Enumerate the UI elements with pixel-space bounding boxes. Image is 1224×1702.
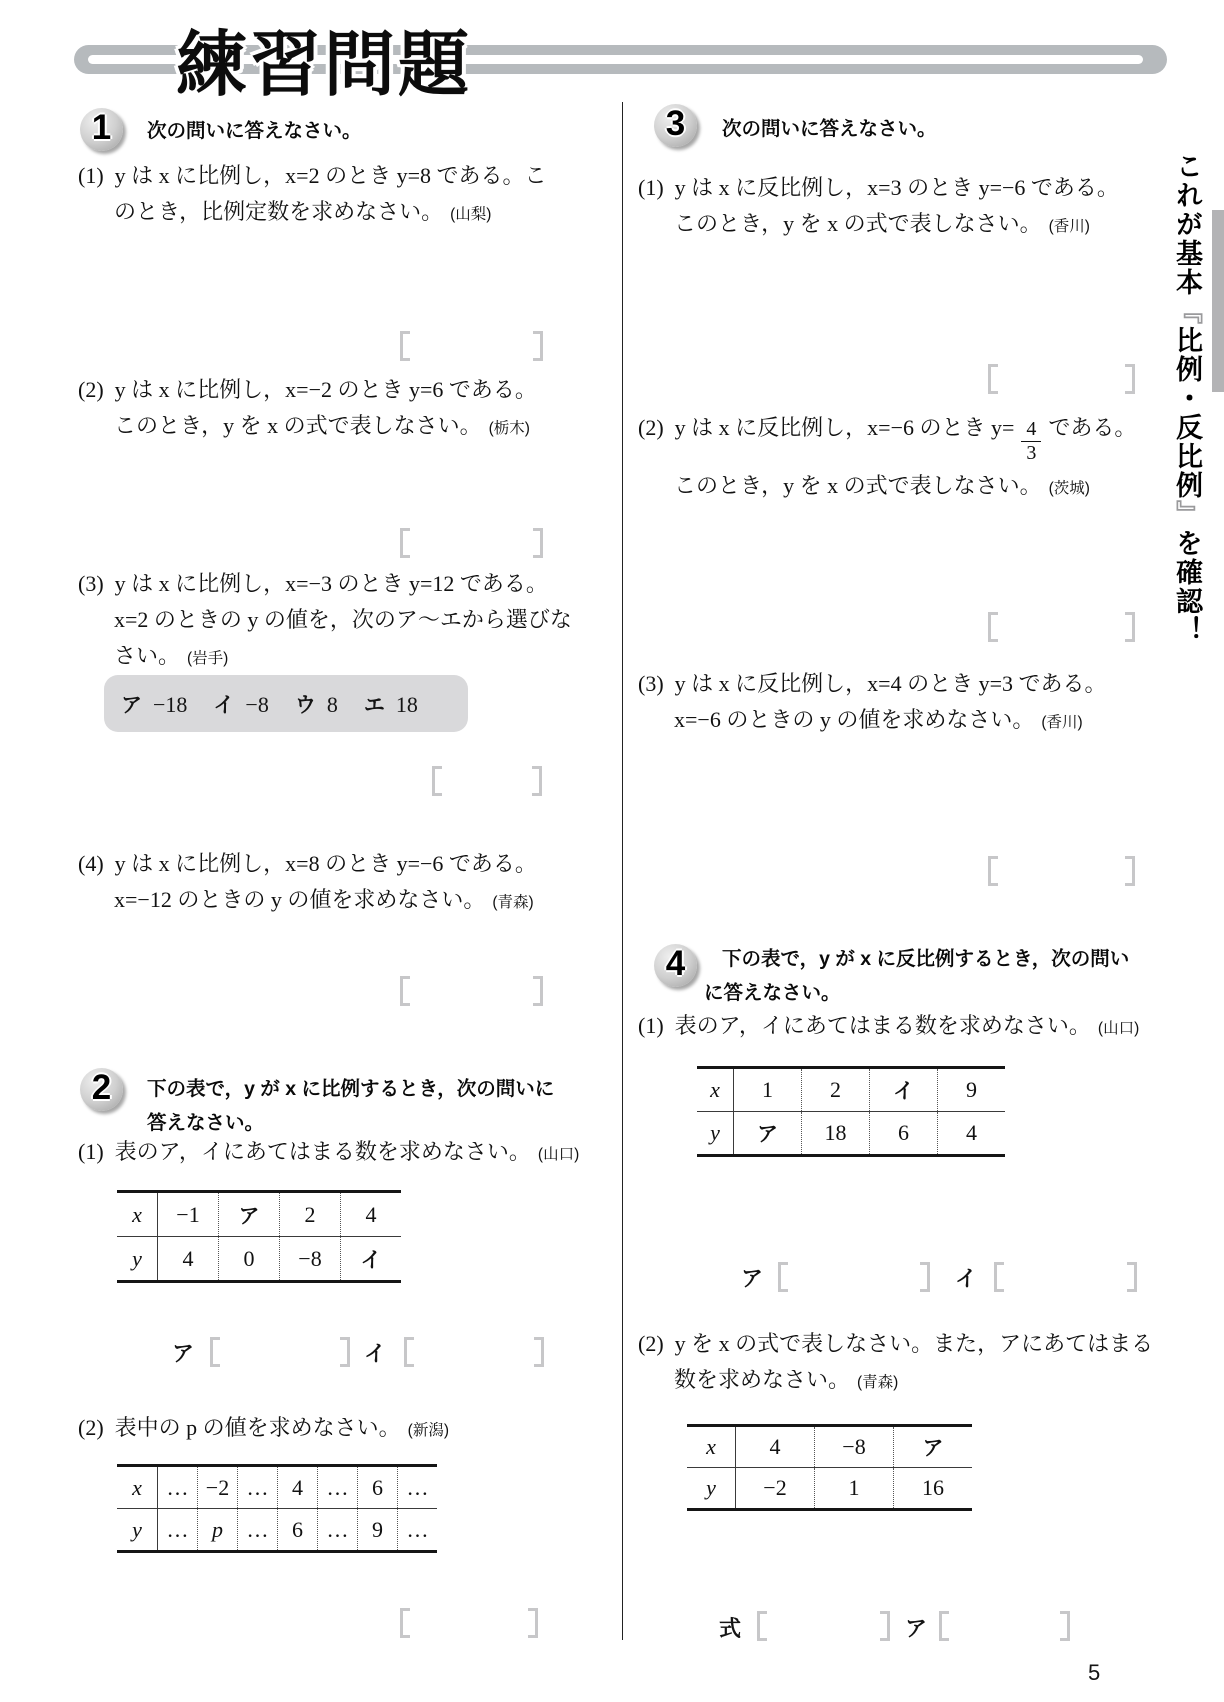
question-text: y は x に反比例し，x=4 のとき y=3 である。 <box>675 671 1107 696</box>
bracket-open <box>757 1611 767 1641</box>
question-text: x=2 のときの y の値を，次のア〜エから選びな <box>114 607 572 632</box>
source-prefecture: (茨城) <box>1049 480 1090 497</box>
table-cell: 6 <box>870 1112 938 1156</box>
choice-value: −8 <box>245 692 268 718</box>
table-cell: … <box>318 1509 358 1552</box>
source-prefecture: (山口) <box>538 1146 579 1163</box>
problem-3-instruction: 次の問いに答えなさい。 <box>722 112 937 146</box>
choice-value: 18 <box>396 692 418 718</box>
choice-key: イ <box>213 689 234 719</box>
table-cell: 4 <box>736 1426 815 1468</box>
column-divider <box>622 102 623 1640</box>
table-row-label: y <box>687 1468 736 1510</box>
question-line: x=2 のときの y の値を，次のア〜エから選びな <box>114 602 572 638</box>
table-row-y: y ア 18 6 4 <box>697 1112 1005 1156</box>
question-text: このとき，y を x の式で表しなさい。 <box>674 473 1042 498</box>
bracket-open <box>404 1337 414 1367</box>
bracket-close <box>532 766 542 796</box>
table-cell: 4 <box>158 1237 219 1282</box>
sidebar-quote-open: 『 <box>1172 297 1202 326</box>
question-label: (2) <box>638 415 664 440</box>
table-row-label: y <box>697 1112 734 1156</box>
problem-4-badge: 4 <box>654 944 697 987</box>
table-cell: 2 <box>802 1068 870 1112</box>
question-label: (4) <box>78 851 104 876</box>
question-text: 表のア，イにあてはまる数を求めなさい。 <box>115 1139 531 1164</box>
answer-bracket-p2q2 <box>400 1608 538 1638</box>
problem-4-instruction: 下の表で，y が x に反比例するとき，次の問い に答えなさい。 <box>704 942 1129 1010</box>
table-cell: −8 <box>280 1237 341 1282</box>
bracket-close <box>528 1608 538 1638</box>
bracket-close <box>533 528 543 558</box>
answer-bracket-p4q1b <box>994 1262 1137 1292</box>
question-label: (1) <box>638 1013 664 1038</box>
problem-2-question-1: (1)表のア，イにあてはまる数を求めなさい。(山口) <box>78 1134 579 1170</box>
answer-bracket-p2q1b <box>404 1337 544 1367</box>
sidebar-text-topic: 比例・反比例 <box>1172 326 1202 500</box>
answer-label-a: ア <box>172 1337 194 1368</box>
problem-4-question-2: (2)y を x の式で表しなさい。また，アにあてはまる 数を求めなさい。(青森… <box>638 1326 1153 1398</box>
bracket-open <box>994 1262 1004 1292</box>
table-cell: … <box>398 1509 438 1552</box>
bracket-open <box>778 1262 788 1292</box>
table-cell: 6 <box>278 1509 318 1552</box>
problem-3-question-1: (1)y は x に反比例し，x=3 のとき y=−6 である。 このとき，y … <box>638 170 1119 242</box>
question-line: (2)y を x の式で表しなさい。また，アにあてはまる <box>638 1326 1153 1362</box>
question-line: (2)y は x に比例し，x=−2 のとき y=6 である。 <box>78 372 537 408</box>
choice-key: ウ <box>295 689 316 719</box>
problem-4-question-1: (1)表のア，イにあてはまる数を求めなさい。(山口) <box>638 1008 1139 1044</box>
problem-3-question-3: (3)y は x に反比例し，x=4 のとき y=3 である。 x=−6 のとき… <box>638 666 1106 738</box>
bracket-close <box>1060 1611 1070 1641</box>
problem-1-question-2: (2)y は x に比例し，x=−2 のとき y=6 である。 このとき，y を… <box>78 372 537 444</box>
choice-key: ア <box>121 689 142 719</box>
question-line: (2)表中の p の値を求めなさい。(新潟) <box>78 1410 449 1446</box>
worksheet-page: { "title": "練習問題", "page_number": "5", "… <box>0 0 1224 1702</box>
question-line: このとき，y を x の式で表しなさい。(茨城) <box>674 468 1136 504</box>
table-row-x: x −1 ア 2 4 <box>117 1192 401 1237</box>
table-row-label: x <box>697 1068 734 1112</box>
question-text: 表のア，イにあてはまる数を求めなさい。 <box>675 1013 1091 1038</box>
bracket-open <box>400 331 410 361</box>
answer-bracket-p3q2 <box>988 612 1135 642</box>
question-label: (3) <box>638 671 664 696</box>
source-prefecture: (山口) <box>1098 1020 1139 1037</box>
problem-2-question-2: (2)表中の p の値を求めなさい。(新潟) <box>78 1410 449 1446</box>
question-line: x=−6 のときの y の値を求めなさい。(香川) <box>674 702 1106 738</box>
choice-item: ウ8 <box>295 689 338 719</box>
problem-4-number: 4 <box>666 944 685 984</box>
table-cell: イ <box>870 1068 938 1112</box>
question-text: y は x に比例し，x=8 のとき y=−6 である。 <box>115 851 537 876</box>
bracket-open <box>210 1337 220 1367</box>
table-cell: 4 <box>278 1466 318 1509</box>
answer-bracket-p1q4 <box>400 976 543 1006</box>
page-number: 5 <box>1088 1660 1100 1686</box>
table-cell: −1 <box>158 1192 219 1237</box>
answer-bracket-p3q3 <box>988 856 1135 886</box>
choice-item: ア−18 <box>121 689 187 719</box>
proportion-table-p2q1: x −1 ア 2 4 y 4 0 −8 イ <box>117 1190 401 1283</box>
question-line: (4)y は x に比例し，x=8 のとき y=−6 である。 <box>78 846 537 882</box>
choice-value: 8 <box>327 692 338 718</box>
answer-bracket-p2q1a <box>210 1337 350 1367</box>
answer-label-b: イ <box>364 1337 386 1368</box>
bracket-close <box>920 1262 930 1292</box>
table-cell: 18 <box>802 1112 870 1156</box>
bracket-open <box>400 528 410 558</box>
source-prefecture: (岩手) <box>187 650 228 667</box>
problem-2-instruction: 下の表で，y が x に比例するとき，次の問いに 答えなさい。 <box>147 1072 554 1140</box>
sidebar-quote-close: 』 <box>1172 500 1202 529</box>
table-cell: 1 <box>734 1068 802 1112</box>
bracket-close <box>533 331 543 361</box>
fraction-numerator: 4 <box>1021 418 1041 442</box>
question-line: 数を求めなさい。(青森) <box>674 1362 1153 1398</box>
question-text: x=−12 のときの y の値を求めなさい。 <box>114 887 485 912</box>
answer-bracket-p4q1a <box>778 1262 930 1292</box>
question-label: (1) <box>78 1139 104 1164</box>
answer-bracket-p4q2a <box>757 1611 890 1641</box>
problem-2-badge: 2 <box>80 1068 123 1111</box>
question-text: このとき，y を x の式で表しなさい。 <box>114 413 482 438</box>
table-cell: 0 <box>219 1237 280 1282</box>
table-row-y: y 4 0 −8 イ <box>117 1237 401 1282</box>
bracket-close <box>880 1611 890 1641</box>
table-cell: … <box>238 1509 278 1552</box>
table-row-label: x <box>117 1466 158 1509</box>
source-prefecture: (新潟) <box>408 1422 449 1439</box>
question-text: y を x の式で表しなさい。また，アにあてはまる <box>675 1331 1154 1356</box>
question-text: x=−6 のときの y の値を求めなさい。 <box>674 707 1034 732</box>
question-label: (3) <box>78 571 104 596</box>
instruction-line: に答えなさい。 <box>704 976 1129 1010</box>
sidebar-text-suffix: を確認！ <box>1172 529 1202 645</box>
fraction-denominator: 3 <box>1021 442 1041 465</box>
problem-1-badge: 1 <box>80 108 123 151</box>
table-cell: … <box>158 1466 198 1509</box>
question-text: y は x に反比例し，x=3 のとき y=−6 である。 <box>675 175 1119 200</box>
question-line: (1)y は x に比例し，x=2 のとき y=8 である。こ <box>78 158 546 194</box>
problem-3-badge: 3 <box>654 104 697 147</box>
problem-1-instruction: 次の問いに答えなさい。 <box>147 114 362 148</box>
table-cell: … <box>318 1466 358 1509</box>
sidebar-vertical-text: これが基本『比例・反比例』を確認！ <box>1168 152 1207 672</box>
bracket-close <box>1125 364 1135 394</box>
answer-label-a: ア <box>905 1612 927 1643</box>
question-line: このとき，y を x の式で表しなさい。(栃木) <box>114 408 537 444</box>
table-cell: 16 <box>894 1468 973 1510</box>
problem-1-question-3: (3)y は x に比例し，x=−3 のとき y=12 である。 x=2 のとき… <box>78 566 572 674</box>
bracket-open <box>988 612 998 642</box>
bracket-open <box>400 1608 410 1638</box>
question-line: さい。(岩手) <box>114 638 572 674</box>
question-text: このとき，y を x の式で表しなさい。 <box>674 211 1042 236</box>
question-line: (3)y は x に反比例し，x=4 のとき y=3 である。 <box>638 666 1106 702</box>
table-row-y: y −2 1 16 <box>687 1468 972 1510</box>
bracket-close <box>1127 1262 1137 1292</box>
answer-bracket-p1q2 <box>400 528 543 558</box>
table-cell: 9 <box>358 1509 398 1552</box>
choices-box: ア−18 イ−8 ウ8 エ18 <box>104 675 468 732</box>
source-prefecture: (香川) <box>1041 714 1082 731</box>
table-cell: 1 <box>815 1468 894 1510</box>
answer-bracket-p1q1 <box>400 331 543 361</box>
question-text: 数を求めなさい。 <box>674 1367 850 1392</box>
table-cell: … <box>238 1466 278 1509</box>
bracket-close <box>534 1337 544 1367</box>
question-label: (2) <box>78 377 104 402</box>
bracket-close <box>1125 856 1135 886</box>
question-text: y は x に比例し，x=2 のとき y=8 である。こ <box>115 163 547 188</box>
question-text: y は x に比例し，x=−2 のとき y=6 である。 <box>115 377 537 402</box>
source-prefecture: (青森) <box>857 1374 898 1391</box>
table-row-x: x 4 −8 ア <box>687 1426 972 1468</box>
question-line: のとき，比例定数を求めなさい。(山梨) <box>114 194 546 230</box>
sidebar-text-prefix: これが基本 <box>1172 152 1202 297</box>
source-prefecture: (青森) <box>492 894 533 911</box>
choice-value: −18 <box>153 692 187 718</box>
problem-1-number: 1 <box>92 108 111 148</box>
answer-label-a: ア <box>741 1262 763 1293</box>
instruction-line: 下の表で，y が x に比例するとき，次の問いに <box>147 1072 554 1106</box>
table-cell: … <box>158 1509 198 1552</box>
answer-bracket-p3q1 <box>988 364 1135 394</box>
choice-key: エ <box>364 689 385 719</box>
question-label: (1) <box>78 163 104 188</box>
problem-3-question-2: (2)y は x に反比例し，x=−6 のとき y=43である。 このとき，y … <box>638 410 1136 504</box>
source-prefecture: (山梨) <box>450 206 491 223</box>
question-text: 表中の p の値を求めなさい。 <box>115 1415 401 1440</box>
table-cell: イ <box>341 1237 402 1282</box>
bracket-open <box>988 364 998 394</box>
question-line: このとき，y を x の式で表しなさい。(香川) <box>674 206 1119 242</box>
question-label: (2) <box>78 1415 104 1440</box>
fraction: 43 <box>1021 418 1041 465</box>
table-row-label: y <box>117 1237 158 1282</box>
table-row-label: y <box>117 1509 158 1552</box>
source-prefecture: (栃木) <box>489 420 530 437</box>
table-cell: ア <box>894 1426 973 1468</box>
proportion-table-p2q2: x … −2 … 4 … 6 … y … p … 6 … 9 … <box>117 1464 437 1553</box>
table-cell: … <box>398 1466 438 1509</box>
table-cell: 6 <box>358 1466 398 1509</box>
table-cell: −2 <box>198 1466 238 1509</box>
bracket-open <box>939 1611 949 1641</box>
problem-3-number: 3 <box>666 104 685 144</box>
bracket-close <box>340 1337 350 1367</box>
question-line: x=−12 のときの y の値を求めなさい。(青森) <box>114 882 537 918</box>
question-label: (2) <box>638 1331 664 1356</box>
table-cell: p <box>198 1509 238 1552</box>
instruction-line: 下の表で，y が x に反比例するとき，次の問い <box>722 942 1129 976</box>
sidebar-tab-marker <box>1212 210 1224 392</box>
problem-1-question-1: (1)y は x に比例し，x=2 のとき y=8 である。こ のとき，比例定数… <box>78 158 546 230</box>
choice-item: イ−8 <box>213 689 268 719</box>
question-text: y は x に比例し，x=−3 のとき y=12 である。 <box>115 571 548 596</box>
question-text: さい。 <box>114 643 180 668</box>
question-line: (1)表のア，イにあてはまる数を求めなさい。(山口) <box>638 1008 1139 1044</box>
question-text: y は x に反比例し，x=−6 のとき y= <box>675 415 1015 440</box>
question-line: (1)表のア，イにあてはまる数を求めなさい。(山口) <box>78 1134 579 1170</box>
table-cell: 4 <box>341 1192 402 1237</box>
question-text: のとき，比例定数を求めなさい。 <box>114 199 443 224</box>
question-text: である。 <box>1048 415 1136 440</box>
bracket-close <box>1125 612 1135 642</box>
table-cell: ア <box>734 1112 802 1156</box>
table-cell: −2 <box>736 1468 815 1510</box>
table-row-label: x <box>117 1192 158 1237</box>
answer-label-formula: 式 <box>719 1612 741 1643</box>
table-row-label: x <box>687 1426 736 1468</box>
table-cell: 2 <box>280 1192 341 1237</box>
question-line: (3)y は x に比例し，x=−3 のとき y=12 である。 <box>78 566 572 602</box>
page-title: 練習問題 <box>176 8 472 110</box>
question-label: (1) <box>638 175 664 200</box>
table-cell: −8 <box>815 1426 894 1468</box>
answer-bracket-p4q2b <box>939 1611 1070 1641</box>
bracket-open <box>988 856 998 886</box>
question-line: (2)y は x に反比例し，x=−6 のとき y=43である。 <box>638 410 1136 468</box>
table-cell: 9 <box>938 1068 1006 1112</box>
table-cell: ア <box>219 1192 280 1237</box>
source-prefecture: (香川) <box>1049 218 1090 235</box>
bracket-open <box>432 766 442 796</box>
inverse-table-p4q2: x 4 −8 ア y −2 1 16 <box>687 1424 972 1511</box>
table-row-x: x 1 2 イ 9 <box>697 1068 1005 1112</box>
table-row-y: y … p … 6 … 9 … <box>117 1509 437 1552</box>
answer-bracket-p1q3 <box>432 766 542 796</box>
table-cell: 4 <box>938 1112 1006 1156</box>
answer-label-b: イ <box>955 1262 977 1293</box>
inverse-table-p4q1: x 1 2 イ 9 y ア 18 6 4 <box>697 1066 1005 1157</box>
question-line: (1)y は x に反比例し，x=3 のとき y=−6 である。 <box>638 170 1119 206</box>
problem-1-question-4: (4)y は x に比例し，x=8 のとき y=−6 である。 x=−12 のと… <box>78 846 537 918</box>
table-row-x: x … −2 … 4 … 6 … <box>117 1466 437 1509</box>
problem-2-number: 2 <box>92 1068 111 1108</box>
choice-item: エ18 <box>364 689 418 719</box>
bracket-close <box>533 976 543 1006</box>
bracket-open <box>400 976 410 1006</box>
